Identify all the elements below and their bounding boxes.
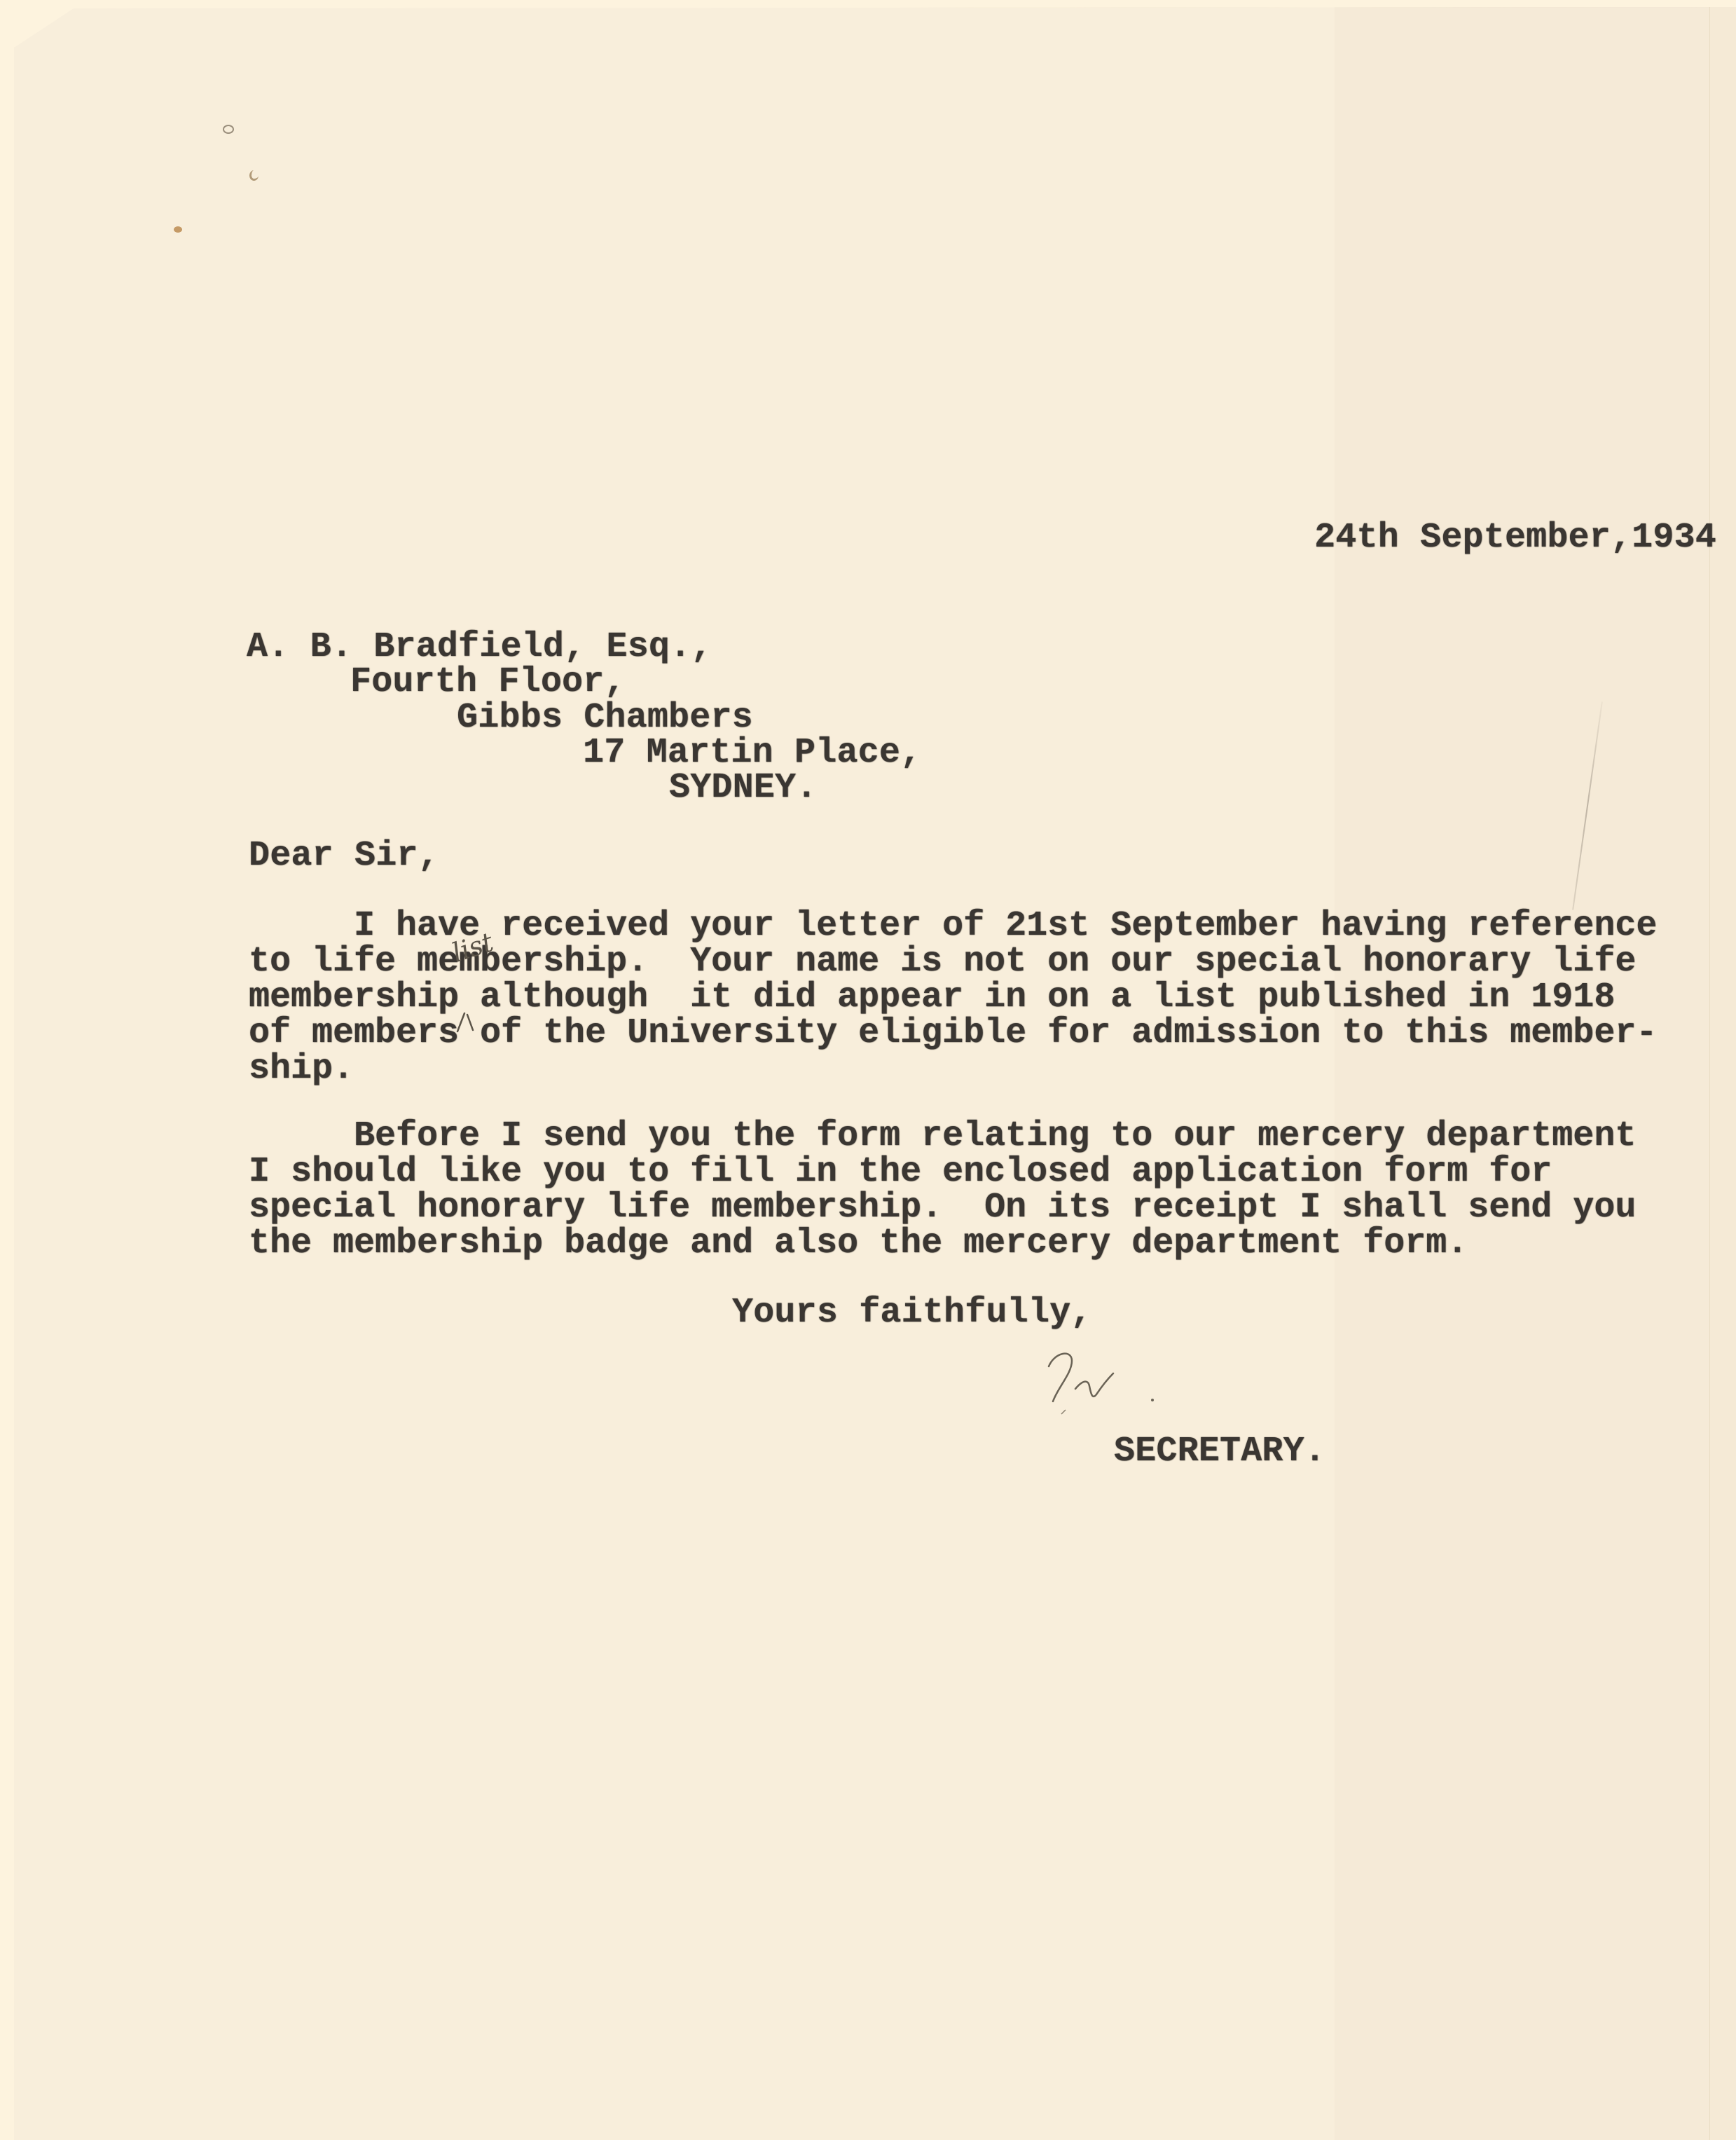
body-paragraph-2: Before I send you the form relating to o…	[249, 1118, 1720, 1261]
paper-speck	[174, 226, 182, 233]
salutation: Dear Sir,	[249, 838, 439, 874]
insertion-caret-icon	[452, 1009, 480, 1037]
paragraph-line: special honorary life membership. On its…	[249, 1190, 1720, 1226]
signatory-title: SECRETARY.	[1114, 1434, 1325, 1469]
paper-speck	[223, 125, 234, 134]
addressee-line: 17 Martin Place,	[583, 735, 921, 771]
complimentary-close: Yours faithfully,	[732, 1295, 1091, 1331]
paper-speck	[249, 170, 259, 181]
addressee-city: SYDNEY.	[669, 770, 817, 806]
paragraph-line: ship.	[249, 1051, 1720, 1087]
signature-initials-icon	[1040, 1345, 1180, 1422]
addressee-line: Gibbs Chambers	[457, 700, 753, 736]
letter-date: 24th September,1934	[1314, 520, 1716, 556]
paragraph-line: I should like you to fill in the enclose…	[249, 1154, 1720, 1190]
paragraph-line: Before I send you the form relating to o…	[249, 1118, 1720, 1154]
paragraph-line: the membership badge and also the mercer…	[249, 1226, 1720, 1261]
addressee-name: A. B. Bradfield, Esq.,	[247, 629, 712, 665]
addressee-line: Fourth Floor,	[350, 664, 626, 700]
